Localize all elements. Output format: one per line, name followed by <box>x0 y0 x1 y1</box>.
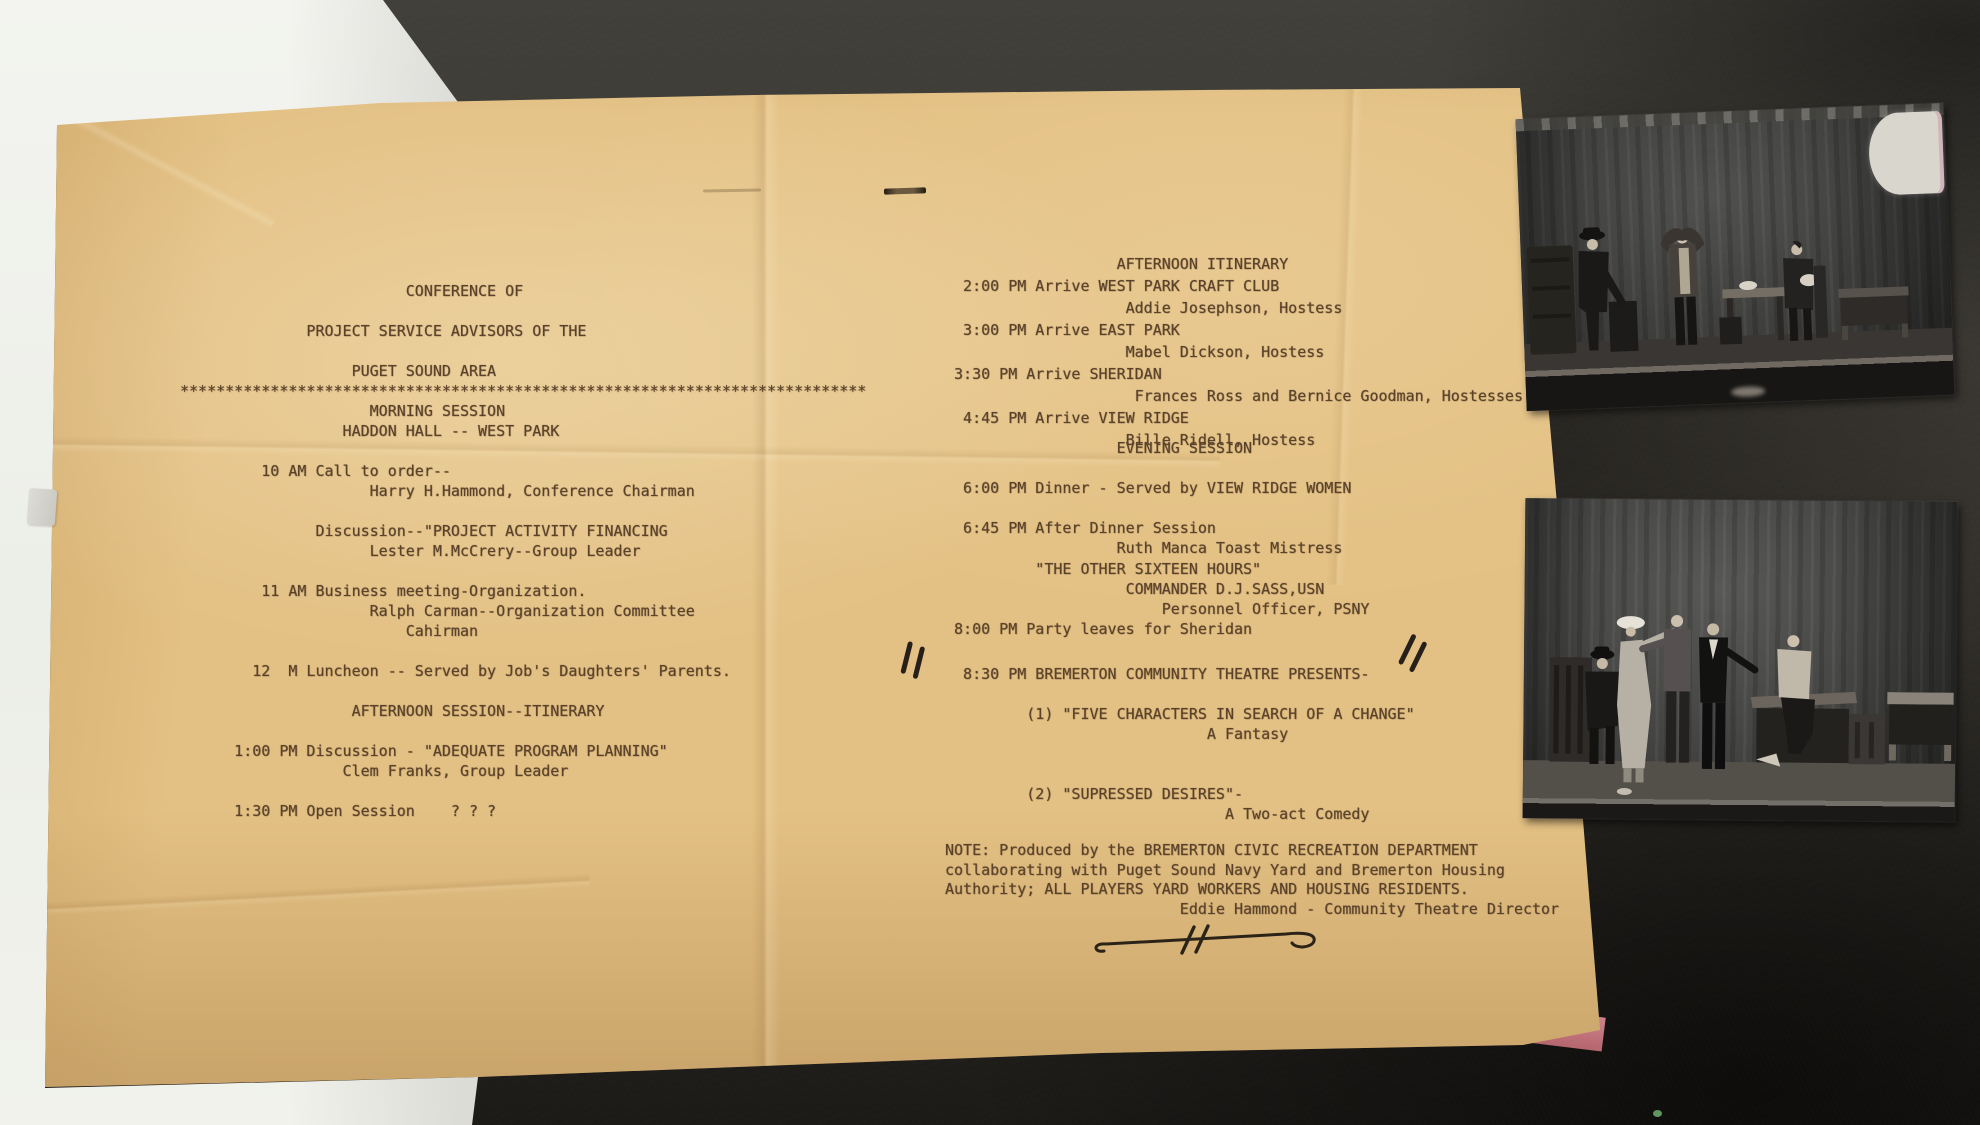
stage-photo-top <box>1516 103 1955 411</box>
program-production-note: NOTE: Produced by the BREMERTON CIVIC RE… <box>945 841 1559 919</box>
actors-silhouettes <box>1523 498 1958 822</box>
tape-tab <box>27 488 57 526</box>
green-speck <box>1653 1110 1662 1117</box>
program-evening-talk: "THE OTHER SIXTEEN HOURS" COMMANDER D.J.… <box>945 559 1369 639</box>
program-theatre-presentations: 8:30 PM BREMERTON COMMUNITY THEATRE PRES… <box>945 664 1415 824</box>
program-left-column: CONFERENCE OF PROJECT SERVICE ADVISORS O… <box>180 281 866 821</box>
actors-silhouettes <box>1516 103 1955 411</box>
signature-flourish <box>1090 918 1350 966</box>
program-afternoon-itinerary: AFTERNOON ITINERARY 2:00 PM Arrive WEST … <box>945 253 1523 451</box>
paper-crease-lower <box>30 873 590 916</box>
scrapbook-scan: CONFERENCE OF PROJECT SERVICE ADVISORS O… <box>0 0 1980 1125</box>
stage-photo-bottom <box>1523 498 1958 822</box>
program-evening-session: EVENING SESSION 6:00 PM Dinner - Served … <box>945 438 1351 558</box>
dropped-paper <box>1617 788 1632 795</box>
